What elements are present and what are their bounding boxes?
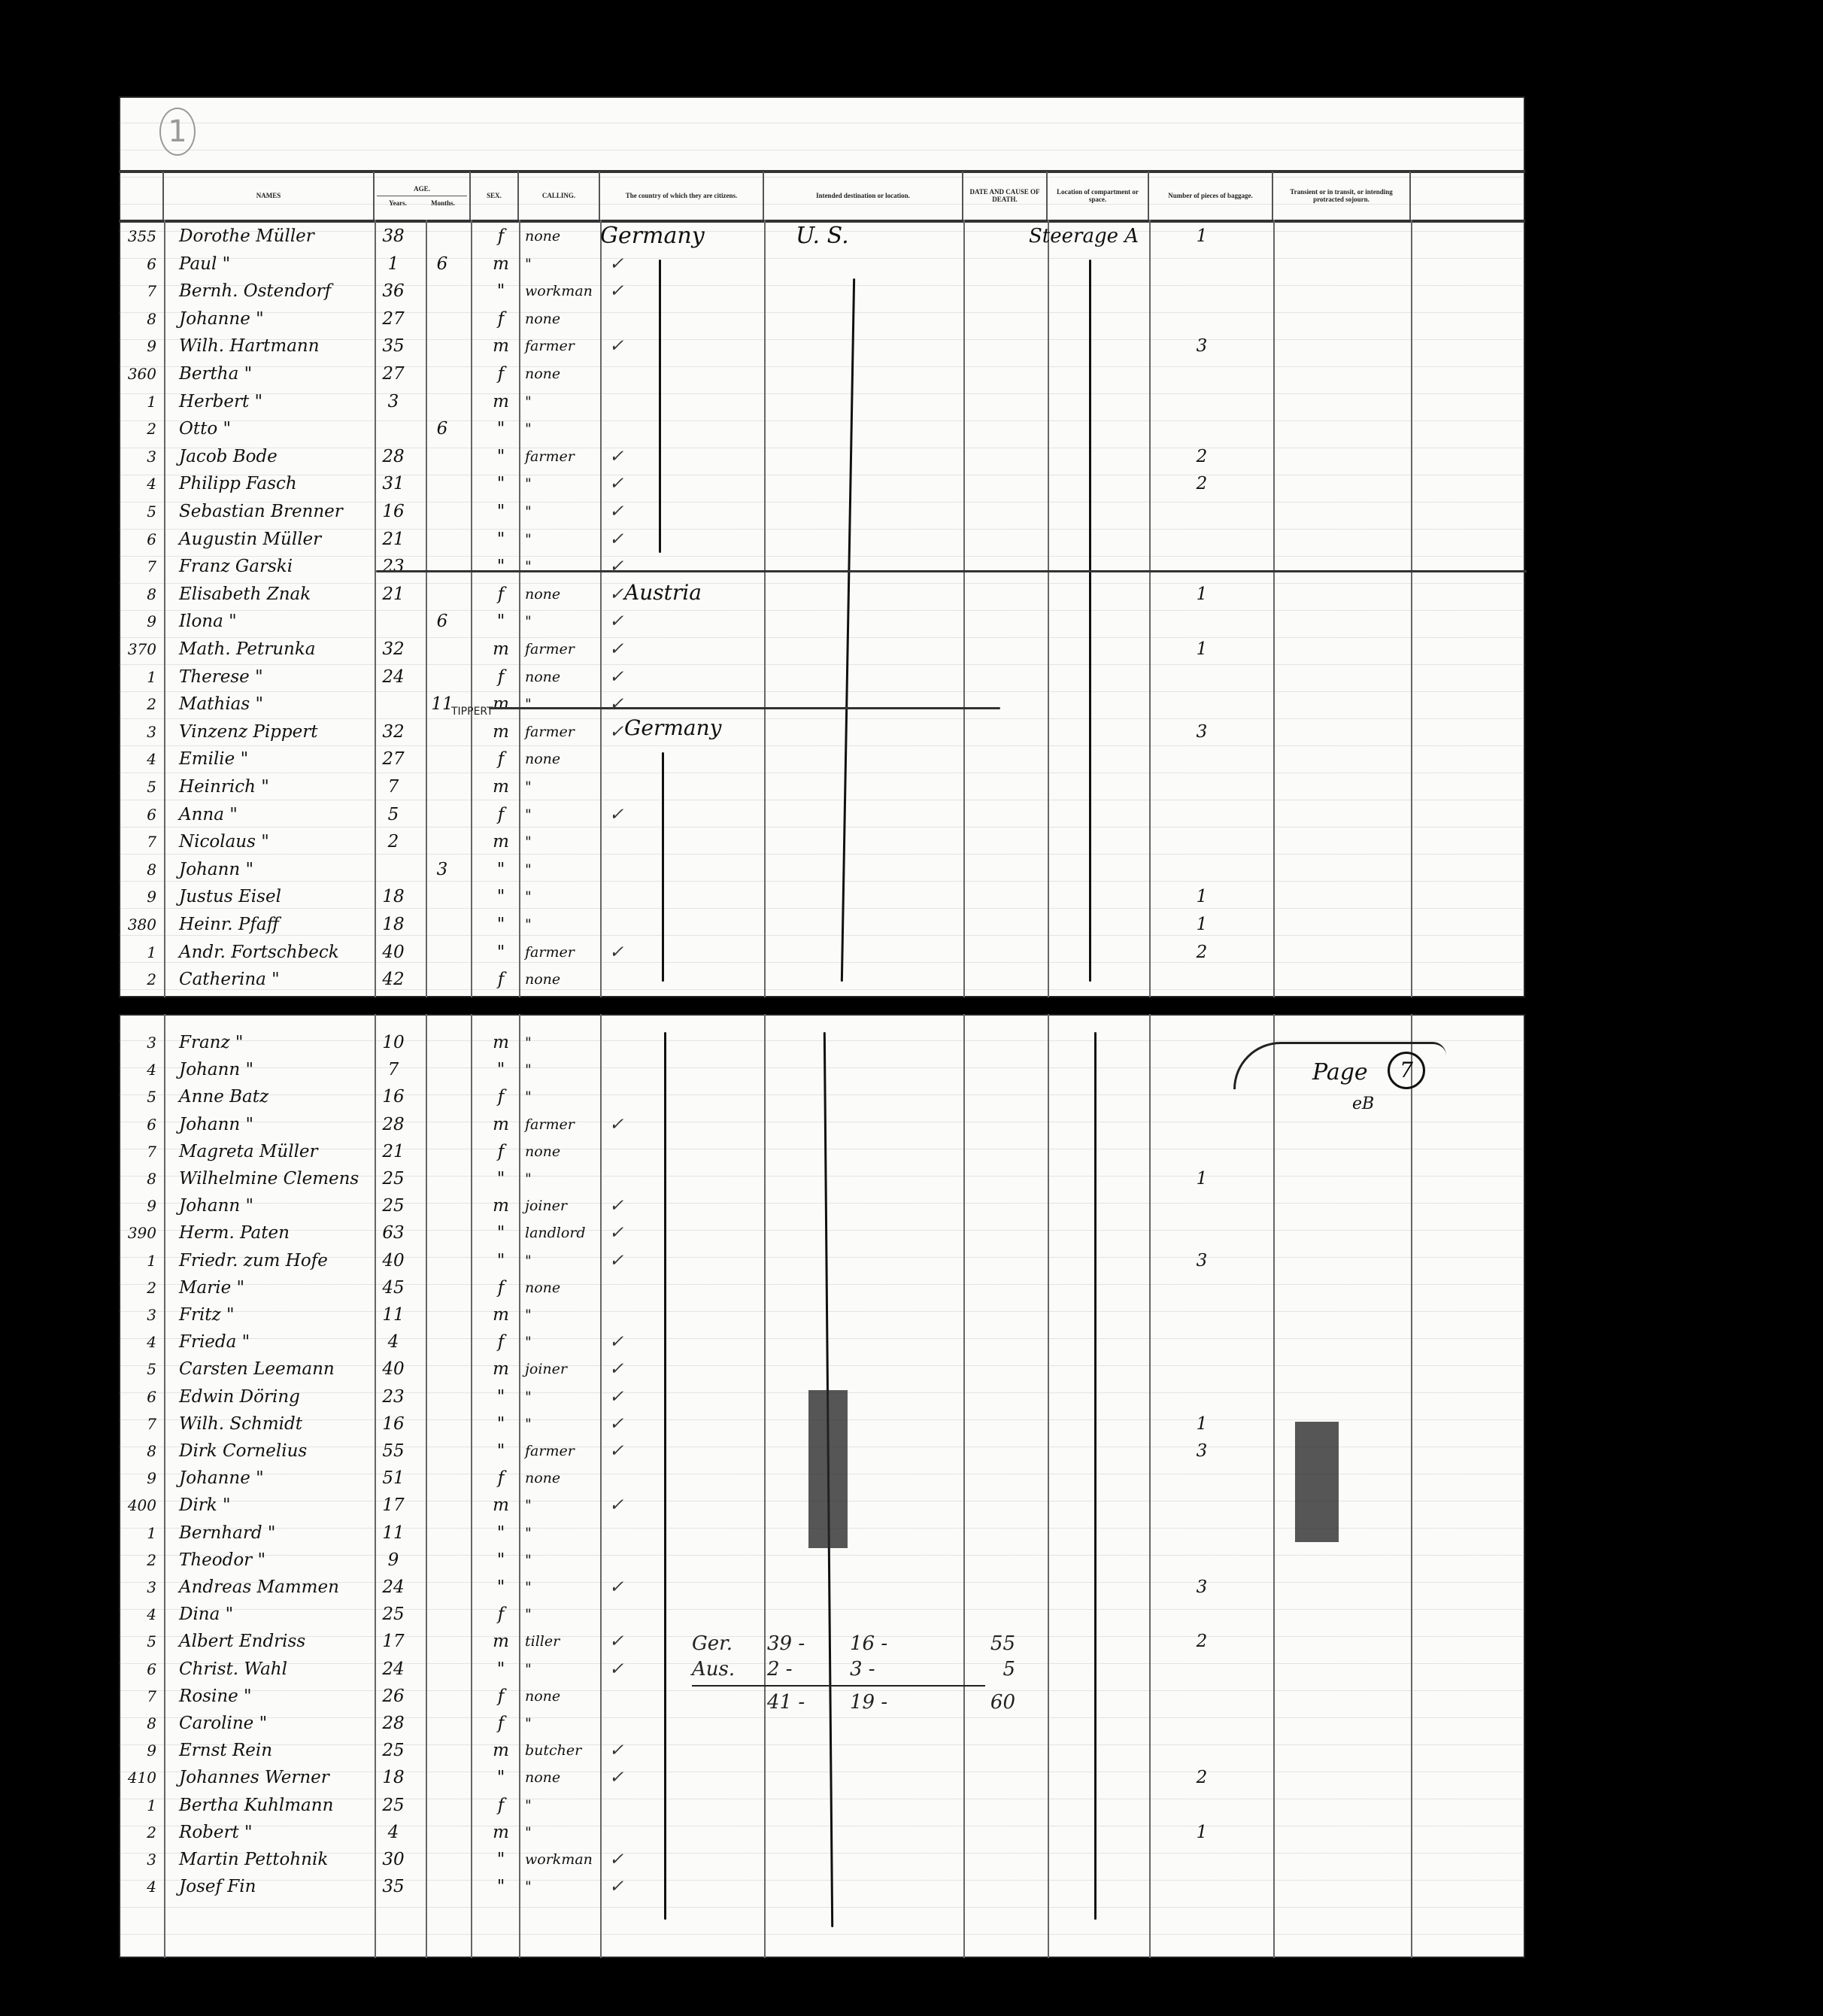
passenger-years: 45 xyxy=(375,1274,412,1301)
passenger-check: ✓ xyxy=(609,801,624,828)
passenger-years: 23 xyxy=(375,1383,412,1410)
passenger-check: ✓ xyxy=(609,526,624,553)
passenger-baggage xyxy=(1187,1056,1217,1083)
passenger-baggage xyxy=(1187,801,1217,828)
passenger-sex: f xyxy=(486,1792,516,1819)
passenger-check: ✓ xyxy=(609,250,624,278)
passenger-row: 9Justus Eisel18""1 xyxy=(119,883,1525,910)
passenger-sex: " xyxy=(486,1219,516,1246)
passenger-row: 7Bernh. Ostendorf36"workman✓ xyxy=(119,278,1525,305)
passenger-num: 9 xyxy=(119,1192,156,1219)
passenger-calling: none xyxy=(525,305,600,332)
passenger-years: 4 xyxy=(375,1819,412,1846)
passenger-row: 3Martin Pettohnik30"workman✓ xyxy=(119,1846,1525,1873)
passenger-baggage: 3 xyxy=(1187,1438,1217,1465)
passenger-sex: m xyxy=(486,1628,516,1655)
passenger-calling: " xyxy=(525,1601,600,1628)
passenger-sex: f xyxy=(486,1083,516,1110)
passenger-baggage: 3 xyxy=(1187,332,1217,360)
passenger-num: 2 xyxy=(119,1819,156,1846)
passenger-months xyxy=(427,470,457,497)
passenger-calling: " xyxy=(525,1165,600,1192)
passenger-years: 30 xyxy=(375,1846,412,1873)
passenger-num: 2 xyxy=(119,1547,156,1574)
header-transit: Transient or in transit, or intending pr… xyxy=(1273,172,1411,220)
passenger-sex: " xyxy=(486,526,516,553)
passenger-years: 31 xyxy=(375,470,412,497)
passenger-check: ✓ xyxy=(609,608,624,635)
passenger-calling: none xyxy=(525,745,600,773)
passenger-sex: m xyxy=(486,1192,516,1219)
passenger-months xyxy=(427,636,457,663)
passenger-num: 5 xyxy=(119,1356,156,1383)
passenger-years: 7 xyxy=(375,1056,412,1083)
passenger-years xyxy=(375,608,412,635)
passenger-num: 8 xyxy=(119,1710,156,1737)
passenger-baggage xyxy=(1187,1465,1217,1492)
passenger-num: 9 xyxy=(119,332,156,360)
passenger-check xyxy=(609,1165,624,1192)
passenger-num: 7 xyxy=(119,1138,156,1165)
passenger-calling: " xyxy=(525,1547,600,1574)
passenger-sex: f xyxy=(486,1328,516,1356)
passenger-check xyxy=(609,388,624,415)
passenger-calling: " xyxy=(525,1383,600,1410)
passenger-check xyxy=(609,1056,624,1083)
passenger-sex: m xyxy=(486,1029,516,1056)
passenger-calling: " xyxy=(525,828,600,855)
passenger-baggage xyxy=(1187,278,1217,305)
passenger-calling: " xyxy=(525,415,600,442)
passenger-months xyxy=(427,498,457,525)
surname-correction-note: TIPPERT xyxy=(451,706,493,718)
column-header-row: NAMES AGE. Years. Months. SEX. CALLING. … xyxy=(119,172,1525,220)
passenger-row: 4Dina "25f" xyxy=(119,1601,1525,1628)
passenger-baggage xyxy=(1187,1520,1217,1547)
passenger-check xyxy=(609,305,624,332)
passenger-years xyxy=(375,691,412,718)
passenger-years: 32 xyxy=(375,636,412,663)
passenger-num: 9 xyxy=(119,883,156,910)
passenger-sex: " xyxy=(486,1056,516,1083)
passenger-sex: " xyxy=(486,278,516,305)
passenger-row: 410Johannes Werner18"none✓2 xyxy=(119,1764,1525,1791)
passenger-check xyxy=(609,745,624,773)
passenger-calling: none xyxy=(525,663,600,691)
passenger-num: 8 xyxy=(119,856,156,883)
passenger-years: 25 xyxy=(375,1737,412,1764)
passenger-row: 2Marie "45fnone xyxy=(119,1274,1525,1301)
passenger-calling: " xyxy=(525,883,600,910)
passenger-num: 7 xyxy=(119,1683,156,1710)
passenger-calling: farmer xyxy=(525,636,600,663)
passenger-months xyxy=(427,305,457,332)
passenger-calling: " xyxy=(525,1410,600,1438)
passenger-months xyxy=(427,1819,457,1846)
passenger-num: 1 xyxy=(119,1792,156,1819)
passenger-check: ✓ xyxy=(609,278,624,305)
passenger-check: ✓ xyxy=(609,443,624,470)
passenger-years: 35 xyxy=(375,332,412,360)
passenger-check: ✓ xyxy=(609,1846,624,1873)
passenger-sex: " xyxy=(486,608,516,635)
passenger-calling: " xyxy=(525,1492,600,1519)
passenger-row: 7Magreta Müller21fnone xyxy=(119,1138,1525,1165)
passenger-baggage: 2 xyxy=(1187,939,1217,966)
passenger-baggage xyxy=(1187,691,1217,718)
passenger-sex: m xyxy=(486,1301,516,1328)
passenger-months xyxy=(427,1574,457,1601)
passenger-sex: m xyxy=(486,1492,516,1519)
passenger-sex: " xyxy=(486,1764,516,1791)
passenger-sex: m xyxy=(486,332,516,360)
passenger-years: 11 xyxy=(375,1301,412,1328)
passenger-calling: " xyxy=(525,608,600,635)
passenger-calling: none xyxy=(525,966,600,993)
passenger-months xyxy=(427,1219,457,1246)
passenger-sex: " xyxy=(486,1846,516,1873)
passenger-baggage xyxy=(1187,1083,1217,1110)
passenger-row: 3Jacob Bode28"farmer✓2 xyxy=(119,443,1525,470)
passenger-sex: f xyxy=(486,1138,516,1165)
passenger-check: ✓ xyxy=(609,1328,624,1356)
passenger-check xyxy=(609,966,624,993)
header-country: The country of which they are citizens. xyxy=(600,172,764,220)
passenger-num: 4 xyxy=(119,1056,156,1083)
passenger-sex: f xyxy=(486,663,516,691)
passenger-num: 6 xyxy=(119,250,156,278)
passenger-row: 5Carsten Leemann40mjoiner✓ xyxy=(119,1356,1525,1383)
passenger-baggage xyxy=(1187,498,1217,525)
passenger-baggage xyxy=(1187,773,1217,800)
passenger-calling: " xyxy=(525,1574,600,1601)
passenger-calling: " xyxy=(525,911,600,938)
passenger-row: 1Andr. Fortschbeck40"farmer✓2 xyxy=(119,939,1525,966)
passenger-months xyxy=(427,1547,457,1574)
passenger-calling: " xyxy=(525,1056,600,1083)
passenger-years: 25 xyxy=(375,1192,412,1219)
passenger-num: 360 xyxy=(119,360,156,387)
passenger-baggage xyxy=(1187,1492,1217,1519)
passenger-sex: " xyxy=(486,470,516,497)
passenger-check: ✓ xyxy=(609,470,624,497)
passenger-check: ✓ xyxy=(609,1492,624,1519)
passenger-sex: f xyxy=(486,966,516,993)
passenger-baggage xyxy=(1187,305,1217,332)
passenger-baggage xyxy=(1187,828,1217,855)
passenger-baggage xyxy=(1187,1737,1217,1764)
passenger-months xyxy=(427,828,457,855)
passenger-years: 24 xyxy=(375,1656,412,1683)
passenger-sex: m xyxy=(486,388,516,415)
passenger-num: 7 xyxy=(119,553,156,580)
passenger-baggage xyxy=(1187,1356,1217,1383)
passenger-baggage xyxy=(1187,608,1217,635)
passenger-baggage: 2 xyxy=(1187,1764,1217,1791)
passenger-num: 2 xyxy=(119,691,156,718)
passenger-months xyxy=(427,1274,457,1301)
passenger-calling: " xyxy=(525,1710,600,1737)
passenger-years xyxy=(375,856,412,883)
passenger-months xyxy=(427,332,457,360)
passenger-num: 410 xyxy=(119,1764,156,1791)
passenger-months xyxy=(427,966,457,993)
passenger-months: 3 xyxy=(427,856,457,883)
passenger-years: 18 xyxy=(375,911,412,938)
passenger-row: 5Heinrich "7m" xyxy=(119,773,1525,800)
passenger-sex: m xyxy=(486,773,516,800)
passenger-baggage: 2 xyxy=(1187,470,1217,497)
passenger-check xyxy=(609,1301,624,1328)
passenger-check: ✓ xyxy=(609,332,624,360)
passenger-months xyxy=(427,1410,457,1438)
passenger-row: 6Anna "5f"✓ xyxy=(119,801,1525,828)
passenger-num: 3 xyxy=(119,1574,156,1601)
passenger-years: 10 xyxy=(375,1029,412,1056)
passenger-row: 8Wilhelmine Clemens25""1 xyxy=(119,1165,1525,1192)
passenger-calling: " xyxy=(525,856,600,883)
passenger-check xyxy=(609,883,624,910)
passenger-num: 1 xyxy=(119,388,156,415)
passenger-num: 1 xyxy=(119,939,156,966)
passenger-calling: workman xyxy=(525,1846,600,1873)
passenger-row: 6Paul "16m"✓ xyxy=(119,250,1525,278)
compartment-entry: Steerage A xyxy=(1029,223,1142,250)
passenger-calling: none xyxy=(525,360,600,387)
passenger-years: 24 xyxy=(375,1574,412,1601)
passenger-calling: none xyxy=(525,1465,600,1492)
tape-mark xyxy=(808,1390,848,1548)
passenger-check: ✓ xyxy=(609,1628,624,1655)
passenger-baggage xyxy=(1187,856,1217,883)
passenger-check xyxy=(609,1274,624,1301)
passenger-sex: f xyxy=(486,801,516,828)
passenger-row: 2Catherina "42fnone xyxy=(119,966,1525,993)
passenger-calling: farmer xyxy=(525,1438,600,1465)
passenger-years: 21 xyxy=(375,1138,412,1165)
passenger-sex: f xyxy=(486,1710,516,1737)
passenger-years: 16 xyxy=(375,1410,412,1438)
passenger-baggage: 1 xyxy=(1187,1819,1217,1846)
passenger-row: 6Augustin Müller21""✓ xyxy=(119,526,1525,553)
passenger-sex: " xyxy=(486,856,516,883)
passenger-row: 380Heinr. Pfaff18""1 xyxy=(119,911,1525,938)
passenger-calling: butcher xyxy=(525,1737,600,1764)
passenger-check xyxy=(609,1710,624,1737)
passenger-row: 9Ernst Rein25mbutcher✓ xyxy=(119,1737,1525,1764)
passenger-calling: none xyxy=(525,1138,600,1165)
passenger-months xyxy=(427,1792,457,1819)
passenger-num: 6 xyxy=(119,526,156,553)
tally-total-row: 41 - 19 - 60 xyxy=(692,1691,1015,1717)
header-baggage: Number of pieces of baggage. xyxy=(1149,172,1273,220)
passenger-months xyxy=(427,526,457,553)
passenger-check xyxy=(609,360,624,387)
country-austria-entry: Austria xyxy=(624,579,730,606)
passenger-months xyxy=(427,773,457,800)
passenger-baggage xyxy=(1187,1219,1217,1246)
passenger-num: 4 xyxy=(119,1328,156,1356)
passenger-num: 380 xyxy=(119,911,156,938)
passenger-months xyxy=(427,443,457,470)
country-germany-entry: Germany xyxy=(624,715,730,742)
passenger-months xyxy=(427,1029,457,1056)
passenger-num: 1 xyxy=(119,1247,156,1274)
passenger-row: 2Otto "6"" xyxy=(119,415,1525,442)
passenger-num: 7 xyxy=(119,278,156,305)
passenger-calling: " xyxy=(525,1328,600,1356)
passenger-calling: " xyxy=(525,1656,600,1683)
passenger-check xyxy=(609,1819,624,1846)
passenger-calling: none xyxy=(525,1274,600,1301)
germany-row-extra: Germany xyxy=(119,715,1525,742)
page-stamp-number: 7 xyxy=(1388,1052,1425,1089)
passenger-check: ✓ xyxy=(609,1656,624,1683)
passenger-months xyxy=(427,1192,457,1219)
passenger-years: 16 xyxy=(375,498,412,525)
passenger-check xyxy=(609,828,624,855)
passenger-baggage xyxy=(1187,388,1217,415)
passenger-num: 1 xyxy=(119,663,156,691)
passenger-years: 18 xyxy=(375,1764,412,1791)
passenger-sex: " xyxy=(486,1574,516,1601)
passenger-row: 1Herbert "3m" xyxy=(119,388,1525,415)
passenger-years: 23 xyxy=(375,553,412,580)
passenger-check: ✓ xyxy=(609,1574,624,1601)
passenger-row: 8Johann "3"" xyxy=(119,856,1525,883)
austria-row-extra: Austria xyxy=(119,579,1525,606)
passenger-check: ✓ xyxy=(609,1192,624,1219)
passenger-years: 25 xyxy=(375,1792,412,1819)
passenger-baggage xyxy=(1187,663,1217,691)
passenger-years: 63 xyxy=(375,1219,412,1246)
passenger-calling: " xyxy=(525,1792,600,1819)
passenger-baggage xyxy=(1187,1328,1217,1356)
passenger-check: ✓ xyxy=(609,691,624,718)
passenger-check xyxy=(609,415,624,442)
passenger-years: 21 xyxy=(375,526,412,553)
passenger-months xyxy=(427,911,457,938)
passenger-baggage xyxy=(1187,1792,1217,1819)
ditto-bracket xyxy=(1094,1032,1097,1920)
passenger-years: 28 xyxy=(375,443,412,470)
passenger-calling: " xyxy=(525,388,600,415)
passenger-calling: " xyxy=(525,1819,600,1846)
passenger-num: 8 xyxy=(119,1165,156,1192)
header-names: NAMES xyxy=(164,172,375,220)
passenger-row: 2Theodor "9"" xyxy=(119,1547,1525,1574)
passenger-calling: " xyxy=(525,1520,600,1547)
passenger-sex: " xyxy=(486,939,516,966)
passenger-num: 2 xyxy=(119,966,156,993)
passenger-num: 4 xyxy=(119,1601,156,1628)
passenger-check xyxy=(609,1138,624,1165)
passenger-baggage xyxy=(1187,415,1217,442)
passenger-months xyxy=(427,388,457,415)
passenger-calling: farmer xyxy=(525,332,600,360)
passenger-baggage xyxy=(1187,1301,1217,1328)
passenger-sex: f xyxy=(486,360,516,387)
passenger-baggage xyxy=(1187,1846,1217,1873)
passenger-months xyxy=(427,1683,457,1710)
passenger-check xyxy=(609,1029,624,1056)
passenger-years: 4 xyxy=(375,1328,412,1356)
passenger-months xyxy=(427,360,457,387)
passenger-row: 360Bertha "27fnone xyxy=(119,360,1525,387)
passenger-sex: m xyxy=(486,1356,516,1383)
passenger-check xyxy=(609,1465,624,1492)
passenger-num: 5 xyxy=(119,773,156,800)
passenger-calling: farmer xyxy=(525,939,600,966)
passenger-num: 4 xyxy=(119,470,156,497)
passenger-baggage xyxy=(1187,1601,1217,1628)
passenger-num: 6 xyxy=(119,801,156,828)
passenger-row: 2Robert "4m"1 xyxy=(119,1819,1525,1846)
passenger-num: 3 xyxy=(119,443,156,470)
passenger-years: 27 xyxy=(375,745,412,773)
passenger-years: 51 xyxy=(375,1465,412,1492)
passenger-row: 3Andreas Mammen24""✓3 xyxy=(119,1574,1525,1601)
passenger-sex: m xyxy=(486,1111,516,1138)
passenger-num: 4 xyxy=(119,745,156,773)
passenger-years: 35 xyxy=(375,1873,412,1900)
passenger-row: 3Fritz "11m" xyxy=(119,1301,1525,1328)
passenger-calling: " xyxy=(525,801,600,828)
passenger-months xyxy=(427,1656,457,1683)
passenger-years: 16 xyxy=(375,1083,412,1110)
passenger-row: 4Emilie "27fnone xyxy=(119,745,1525,773)
passenger-months xyxy=(427,278,457,305)
passenger-sex: " xyxy=(486,1410,516,1438)
passenger-months xyxy=(427,1356,457,1383)
passenger-check: ✓ xyxy=(609,1219,624,1246)
passenger-baggage xyxy=(1187,1683,1217,1710)
passenger-months xyxy=(427,1083,457,1110)
passenger-months xyxy=(427,1138,457,1165)
passenger-sex: f xyxy=(486,1683,516,1710)
header-years: Years. xyxy=(389,199,407,207)
passenger-months xyxy=(427,1601,457,1628)
passenger-calling: joiner xyxy=(525,1356,600,1383)
passenger-sex: " xyxy=(486,883,516,910)
section-divider-line xyxy=(489,707,1000,709)
passenger-months xyxy=(427,1056,457,1083)
passenger-years: 26 xyxy=(375,1683,412,1710)
passenger-years: 17 xyxy=(375,1628,412,1655)
passenger-check xyxy=(609,1520,624,1547)
passenger-sex: f xyxy=(486,1274,516,1301)
passenger-years: 25 xyxy=(375,1165,412,1192)
passenger-years: 40 xyxy=(375,1247,412,1274)
header-compartment: Location of compartment or space. xyxy=(1048,172,1149,220)
passenger-years: 27 xyxy=(375,360,412,387)
passenger-check xyxy=(609,911,624,938)
passenger-check: ✓ xyxy=(609,636,624,663)
passenger-months xyxy=(427,1328,457,1356)
passenger-months xyxy=(427,1165,457,1192)
passenger-row: 4Josef Fin35""✓ xyxy=(119,1873,1525,1900)
passenger-num: 7 xyxy=(119,1410,156,1438)
passenger-num: 1 xyxy=(119,1520,156,1547)
passenger-sex: m xyxy=(486,1819,516,1846)
passenger-calling: landlord xyxy=(525,1219,600,1246)
page-stamp-label: Page xyxy=(1312,1059,1368,1085)
tally-row: Aus. 2 - 3 - 5 xyxy=(692,1658,1015,1684)
passenger-baggage: 3 xyxy=(1187,1574,1217,1601)
passenger-baggage xyxy=(1187,1029,1217,1056)
passenger-baggage xyxy=(1187,553,1217,580)
nationality-tally: Ger. 39 - 16 - 55 Aus. 2 - 3 - 5 41 - 19… xyxy=(692,1632,1015,1717)
